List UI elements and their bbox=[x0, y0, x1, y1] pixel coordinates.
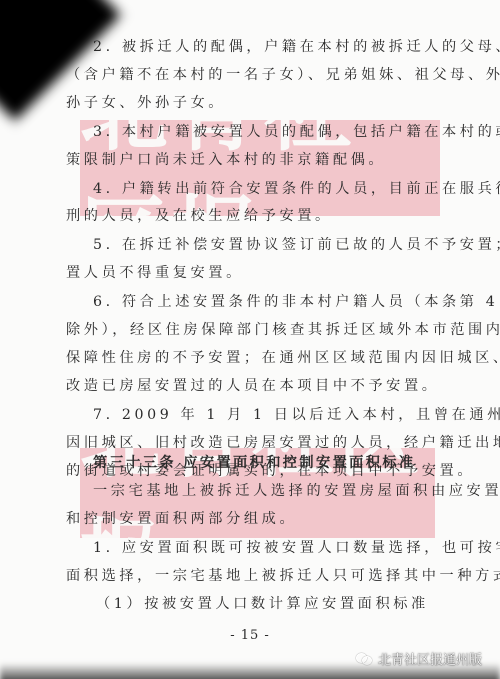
article-33-para-line-2: 和控制安置面积两部分组成。 bbox=[66, 510, 297, 528]
page-bottom-shadow bbox=[0, 663, 500, 679]
paragraph-6-line-4: 改造已房屋安置过的人员在本项目中不予安置。 bbox=[66, 377, 440, 395]
paragraph-5-line-1: 5. 在拆迁补偿安置协议签订前已故的人员不予安置；被安 bbox=[93, 236, 500, 254]
article-33-subitem-1: （1）按被安置人口数计算应安置面积标准 bbox=[96, 595, 429, 613]
paragraph-2-line-2: （含户籍不在本村的一名子女）、兄弟姐妹、祖父母、外祖父母、 bbox=[66, 66, 500, 84]
paragraph-7-line-2: 因旧城区、旧村改造已房屋安置过的人员，经户籍迁出地所在 bbox=[66, 434, 500, 452]
paragraph-2-line-1: 2. 被拆迁人的配偶，户籍在本村的被拆迁人的父母、子女 bbox=[93, 38, 500, 56]
paragraph-6-line-2: 除外），经区住房保障部门核查其拆迁区域外本市范围内享受过 bbox=[66, 321, 500, 339]
paragraph-2-line-3: 孙子女、外孙子女。 bbox=[66, 94, 226, 112]
paragraph-4-line-2: 刑的人员，及在校生应给予安置。 bbox=[66, 207, 333, 225]
paragraph-4-line-1: 4. 户籍转出前符合安置条件的人员，目前正在服兵役、服 bbox=[93, 180, 500, 198]
paragraph-3-line-2: 策限制户口尚未迁入本村的非京籍配偶。 bbox=[66, 151, 386, 169]
article-33-item-1-line-1: 1. 应安置面积既可按被安置人口数量选择，也可按宅基地 bbox=[93, 539, 500, 557]
paragraph-6-line-1: 6. 符合上述安置条件的非本村户籍人员（本条第 4 款人员 bbox=[93, 293, 500, 311]
article-33-heading: 第三十三条 应安置面积和控制安置面积标准 bbox=[93, 454, 416, 472]
document-page: 北青社区报 北青社区报 2. 被拆迁人的配偶，户籍在本村的被拆迁人的父母、子女 … bbox=[0, 0, 500, 679]
page-number: - 15 - bbox=[0, 628, 500, 643]
paragraph-6-line-3: 保障性住房的不予安置；在通州区区域范围内因旧城区、旧村 bbox=[66, 349, 500, 367]
paragraph-5-line-2: 置人员不得重复安置。 bbox=[66, 264, 244, 282]
paragraph-3-line-1: 3. 本村户籍被安置人员的配偶，包括户籍在本村的或因政 bbox=[93, 123, 500, 141]
article-33-para-line-1: 一宗宅基地上被拆迁人选择的安置房屋面积由应安置面积 bbox=[93, 482, 500, 500]
paragraph-7-line-1: 7. 2009 年 1 月 1 日以后迁入本村，且曾在通州区域范围内 bbox=[93, 406, 500, 424]
article-33-item-1-line-2: 面积选择，一宗宅基地上被拆迁人只可选择其中一种方式。 bbox=[66, 567, 500, 585]
